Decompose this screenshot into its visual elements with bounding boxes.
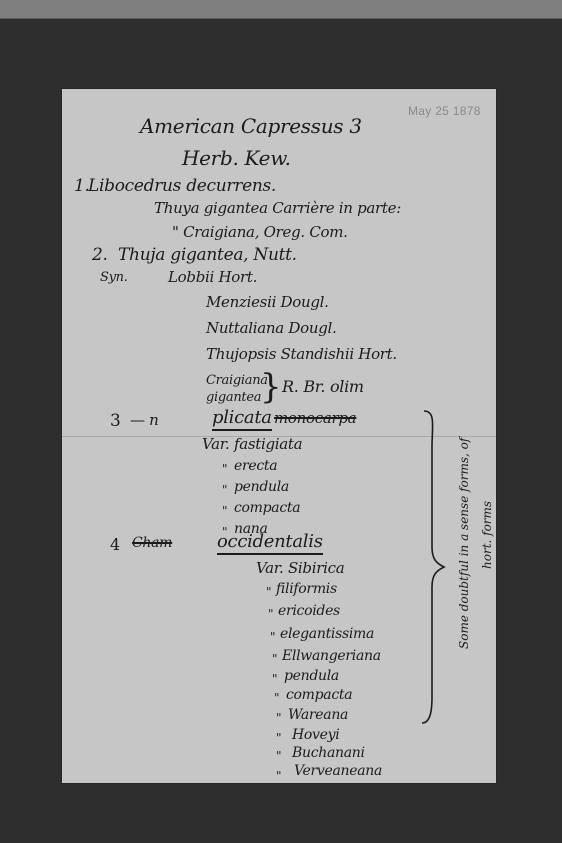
entry-2-synonym: Nuttaliana Dougl.: [206, 319, 336, 337]
entry-3-dash: — n: [130, 411, 159, 429]
entry-4-variety: elegantissima: [280, 626, 374, 642]
entry-4-variety: Hoveyi: [292, 727, 339, 743]
curly-brace-icon: }: [260, 367, 282, 407]
entry-3-varieties-label: Var. fastigiata: [202, 435, 302, 453]
entry-4-variety: Verveaneana: [294, 763, 382, 779]
margin-note-line-1: Some doubtful in a sense forms, of: [457, 438, 471, 649]
entry-2-bracketed-name: Craigiana: [206, 373, 268, 388]
entry-4-variety: Wareana: [288, 707, 348, 723]
entry-3-number: 3: [110, 411, 121, 431]
entry-2-synonym: Thujopsis Standishii Hort.: [206, 345, 397, 363]
entry-4-variety: Buchanani: [292, 745, 365, 761]
entry-4-varieties-label: Var. Sibirica: [256, 559, 344, 577]
entry-3-variety: pendula: [234, 479, 289, 495]
entry-4-number: 4: [110, 535, 120, 554]
ditto-mark: ": [272, 672, 278, 686]
ditto-mark: ": [276, 711, 282, 725]
ditto-mark: ": [276, 769, 282, 783]
entry-2-name: Thuja gigantea, Nutt.: [118, 245, 297, 265]
entry-3-name: plicata: [212, 407, 272, 431]
title-line-2: Herb. Kew.: [182, 146, 291, 170]
entry-4-variety: pendula: [284, 668, 339, 684]
title-line-1: American Capressus 3: [140, 114, 362, 138]
entry-1-name: Libocedrus decurrens.: [88, 176, 276, 196]
ditto-mark: ": [276, 731, 282, 745]
margin-note-line-2: hort. forms: [480, 501, 494, 569]
entry-4-variety: Ellwangeriana: [282, 648, 381, 664]
date-stamp: May 25 1878: [408, 104, 481, 118]
entry-4-struck-text: Cham: [132, 535, 172, 551]
entry-3-struck-text: monocarpa: [274, 409, 356, 427]
large-curly-brace-icon: [422, 407, 452, 725]
ditto-mark: ": [222, 462, 228, 476]
entry-1-note-1: Thuya gigantea Carrière in parte:: [154, 199, 401, 217]
ditto-mark: ": [222, 483, 228, 497]
entry-2-synonym: Lobbii Hort.: [168, 268, 257, 286]
scanner-top-strip: [0, 0, 562, 19]
entry-3-variety: erecta: [234, 458, 277, 474]
manuscript-page: May 25 1878 American Capressus 3 Herb. K…: [62, 89, 496, 783]
ditto-mark: ": [266, 585, 272, 599]
entry-2-synonym: Menziesii Dougl.: [206, 293, 329, 311]
ditto-mark: ": [274, 691, 280, 705]
ditto-mark: ": [276, 749, 282, 763]
entry-2-bracketed-name: gigantea: [206, 390, 261, 405]
entry-4-name: occidentalis: [217, 531, 323, 555]
entry-4-variety: compacta: [286, 687, 352, 703]
entry-3-variety: compacta: [234, 500, 300, 516]
entry-2-number: 2.: [92, 245, 108, 265]
ditto-mark: ": [222, 504, 228, 518]
ditto-mark: ": [270, 630, 276, 644]
entry-2-syn-label: Syn.: [100, 270, 128, 285]
entry-1-note-2: " Craigiana, Oreg. Com.: [172, 223, 348, 241]
ditto-mark: ": [272, 652, 278, 666]
entry-2-bracket-note: R. Br. olim: [282, 377, 364, 396]
ditto-mark: ": [268, 607, 274, 621]
entry-4-variety: filiformis: [276, 581, 337, 597]
entry-4-variety: ericoides: [278, 603, 340, 619]
